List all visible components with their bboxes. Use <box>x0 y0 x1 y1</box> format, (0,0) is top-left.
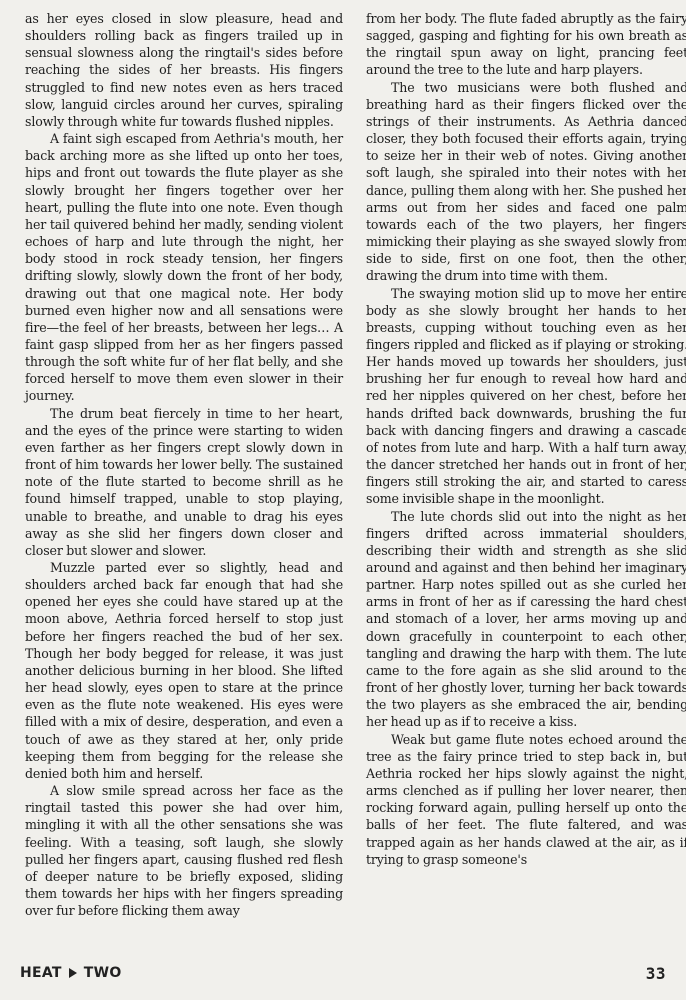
paragraph: The lute chords slid out into the night … <box>366 508 686 731</box>
running-head: HEAT TWO <box>20 965 122 981</box>
triangle-right-icon <box>69 968 77 978</box>
book-page: as her eyes closed in slow pleasure, hea… <box>0 0 686 1000</box>
left-column: as her eyes closed in slow pleasure, hea… <box>25 10 343 919</box>
paragraph: The two musicians were both flushed and … <box>366 79 686 285</box>
paragraph: A slow smile spread across her face as t… <box>25 782 343 919</box>
running-head-title: HEAT <box>20 965 62 981</box>
paragraph: A faint sigh escaped from Aethria's mout… <box>25 130 343 405</box>
paragraph: Weak but game flute notes echoed around … <box>366 731 686 868</box>
paragraph: from her body. The flute faded abruptly … <box>366 10 686 79</box>
paragraph: as her eyes closed in slow pleasure, hea… <box>25 10 343 130</box>
paragraph: Muzzle parted ever so slightly, head and… <box>25 559 343 782</box>
running-head-subtitle: TWO <box>84 965 122 981</box>
page-footer: HEAT TWO 33 <box>20 965 676 987</box>
page-number: 33 <box>646 964 666 983</box>
paragraph: The drum beat fiercely in time to her he… <box>25 405 343 559</box>
right-column: from her body. The flute faded abruptly … <box>366 10 686 868</box>
paragraph: The swaying motion slid up to move her e… <box>366 285 686 508</box>
